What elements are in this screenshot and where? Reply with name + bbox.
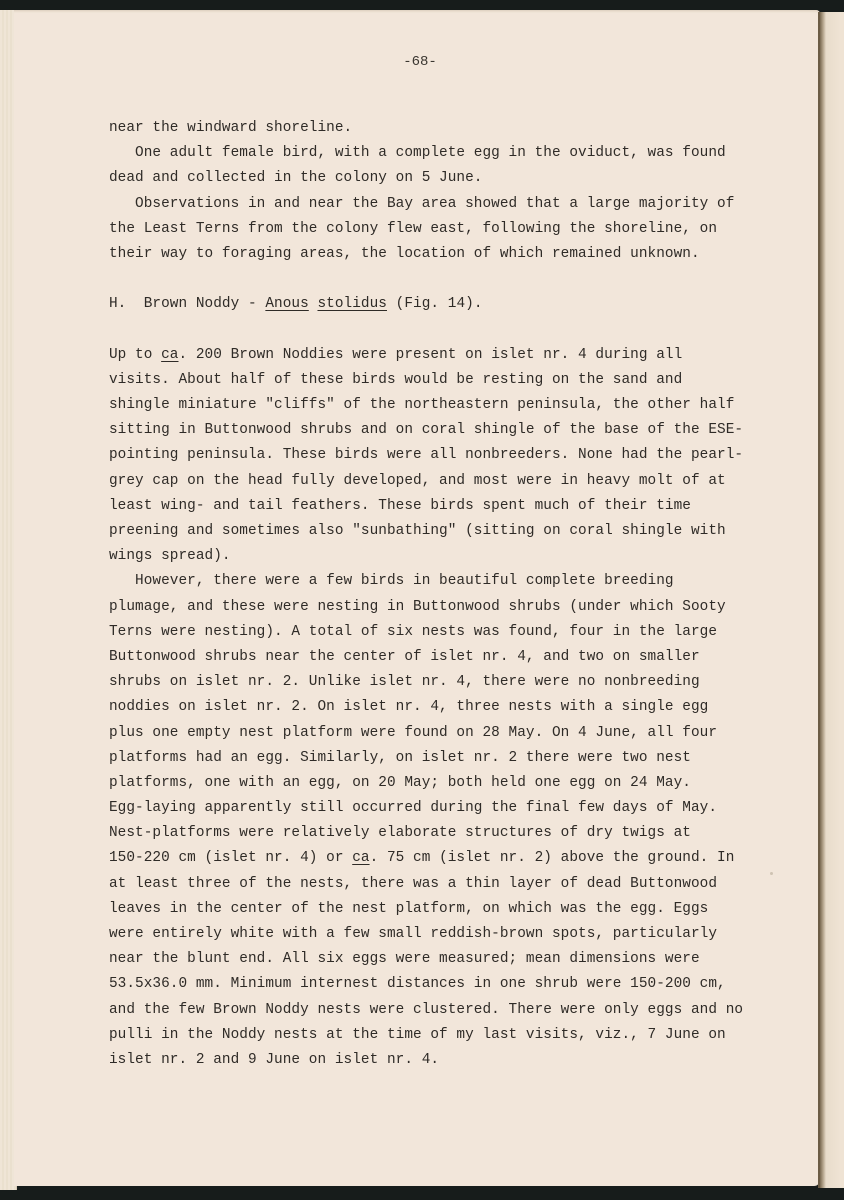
section-heading: H. Brown Noddy - Anous stolidus (Fig. 14… <box>109 292 749 317</box>
text-line: shingle miniature "cliffs" of the northe… <box>109 393 749 418</box>
text-line: and the few Brown Noddy nests were clust… <box>109 998 749 1023</box>
text-line: Observations in and near the Bay area sh… <box>109 192 749 217</box>
spacer <box>109 318 749 343</box>
text-line: Buttonwood shrubs near the center of isl… <box>109 645 749 670</box>
next-page-edge <box>820 12 844 1188</box>
text-line: at least three of the nests, there was a… <box>109 872 749 897</box>
text-line: pointing peninsula. These birds were all… <box>109 443 749 468</box>
genus-name: Anous <box>265 296 308 312</box>
text-line: shrubs on islet nr. 2. Unlike islet nr. … <box>109 670 749 695</box>
text-line: sitting in Buttonwood shrubs and on cora… <box>109 418 749 443</box>
abbrev-ca: ca <box>161 347 178 363</box>
species-name: stolidus <box>317 296 387 312</box>
text-line: One adult female bird, with a complete e… <box>109 141 749 166</box>
text-line: their way to foraging areas, the locatio… <box>109 242 749 267</box>
heading-suffix: (Fig. 14). <box>387 296 483 312</box>
text-span: . 200 Brown Noddies were present on isle… <box>179 347 683 363</box>
text-span: Up to <box>109 347 161 363</box>
text-span: 150-220 cm (islet nr. 4) or <box>109 850 352 866</box>
text-span: . 75 cm (islet nr. 2) above the ground. … <box>370 850 735 866</box>
text-line: grey cap on the head fully developed, an… <box>109 469 749 494</box>
text-line: islet nr. 2 and 9 June on islet nr. 4. <box>109 1048 749 1073</box>
text-line: pulli in the Noddy nests at the time of … <box>109 1023 749 1048</box>
text-line: noddies on islet nr. 2. On islet nr. 4, … <box>109 695 749 720</box>
text-line: plumage, and these were nesting in Butto… <box>109 595 749 620</box>
text-line: 53.5x36.0 mm. Minimum internest distance… <box>109 972 749 997</box>
paper-speck <box>770 872 773 875</box>
text-line: Terns were nesting). A total of six nest… <box>109 620 749 645</box>
heading-prefix: H. Brown Noddy - <box>109 296 265 312</box>
text-line: least wing- and tail feathers. These bir… <box>109 494 749 519</box>
text-line: visits. About half of these birds would … <box>109 368 749 393</box>
abbrev-ca: ca <box>352 850 369 866</box>
scanned-page-view: -68- near the windward shoreline. One ad… <box>0 0 844 1200</box>
text-line: plus one empty nest platform were found … <box>109 721 749 746</box>
text-line: 150-220 cm (islet nr. 4) or ca. 75 cm (i… <box>109 846 749 871</box>
text-line: near the blunt end. All six eggs were me… <box>109 947 749 972</box>
text-line: Up to ca. 200 Brown Noddies were present… <box>109 343 749 368</box>
text-line: Nest-platforms were relatively elaborate… <box>109 821 749 846</box>
text-line: were entirely white with a few small red… <box>109 922 749 947</box>
text-line: the Least Terns from the colony flew eas… <box>109 217 749 242</box>
text-line: near the windward shoreline. <box>109 116 749 141</box>
page-number: -68- <box>14 54 826 70</box>
text-line: leaves in the center of the nest platfor… <box>109 897 749 922</box>
text-line: wings spread). <box>109 544 749 569</box>
body-text: near the windward shoreline. One adult f… <box>109 116 749 1073</box>
text-line: platforms had an egg. Similarly, on isle… <box>109 746 749 771</box>
text-line: Egg-laying apparently still occurred dur… <box>109 796 749 821</box>
text-line: dead and collected in the colony on 5 Ju… <box>109 166 749 191</box>
spacer <box>109 267 749 292</box>
text-line: preening and sometimes also "sunbathing"… <box>109 519 749 544</box>
text-line: platforms, one with an egg, on 20 May; b… <box>109 771 749 796</box>
text-line: However, there were a few birds in beaut… <box>109 569 749 594</box>
